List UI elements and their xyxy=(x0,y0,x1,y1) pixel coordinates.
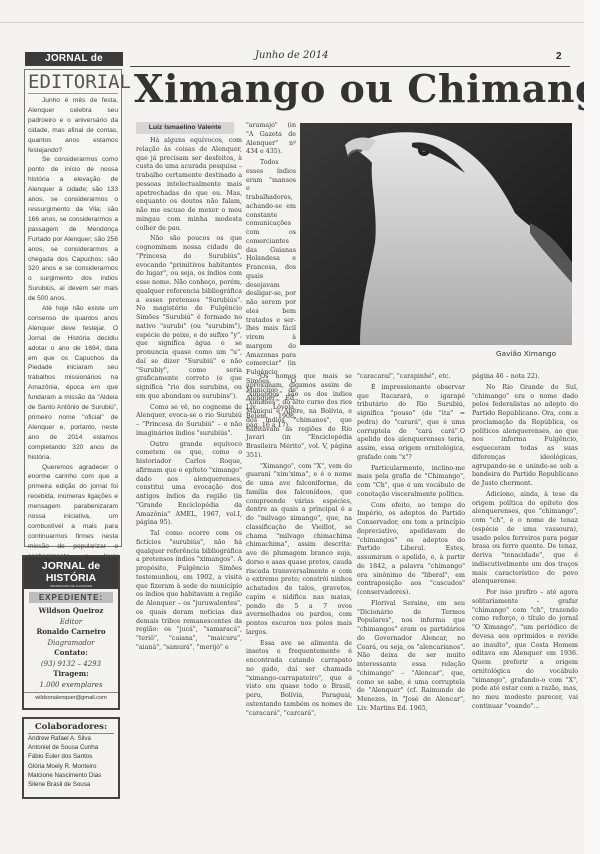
contact-phone: (93) 9132 – 4293 xyxy=(24,659,118,670)
page-margin xyxy=(584,0,600,854)
contact-label: Contato: xyxy=(24,648,118,659)
editor-role: Editor xyxy=(24,617,118,628)
collaborator-name: Malcione Nascimento Dias xyxy=(28,771,114,780)
expediente-masthead-sub: UM RESGATE DE ALENQUER xyxy=(24,584,118,588)
collaborator-name: Fábio Euler dos Santos xyxy=(28,752,114,761)
article-paragraph: Florival Seraine, em seu "Dicionário de … xyxy=(357,600,465,714)
article-column-5: página 46 – nota 22). No Rio Grande do S… xyxy=(472,373,578,714)
article-paragraph: Não são poucos os que cognominam nossa c… xyxy=(136,235,242,401)
article-column-3: Os nomes que mais se aproximam, digamos … xyxy=(246,373,352,720)
contact-email: wildsonalenquer@gmail.com xyxy=(24,692,118,703)
editorial-paragraph: Junho é mês de festa, Alenquer celebra s… xyxy=(28,96,118,155)
author-byline: Luiz Ismaelino Valente xyxy=(136,122,234,134)
article-paragraph: Tal como ocorre com os fictícios "surubi… xyxy=(136,530,242,653)
editorial-paragraph: Se considerarmos como ponto de início de… xyxy=(28,155,118,304)
article-paragraph: Adiciono, ainda, à tese da origem políti… xyxy=(472,491,578,587)
designer-role: Diagramador xyxy=(24,638,118,649)
page-top-rule xyxy=(0,22,600,23)
article-paragraph: página 46 – nota 22). xyxy=(472,373,578,382)
article-paragraph: "aramajó" (in "A Gazeta de Alenquer" nº … xyxy=(246,122,296,157)
article-paragraph: Com efeito, ao tempo do Império, os adep… xyxy=(357,502,465,598)
collaborator-name: Silene Brasil de Sousa xyxy=(28,780,114,789)
collaborators-box: Colaboradores: Andrew Rafael A. Silva An… xyxy=(22,717,120,799)
expediente-box: JORNAL de HISTÓRIA UM RESGATE DE ALENQUE… xyxy=(22,555,120,710)
collaborator-name: Glória Moely R. Monteiro xyxy=(28,762,114,771)
article-column-4: "caracaraí", "carapinhé", etc. É impress… xyxy=(357,373,465,716)
editor-name: Wildson Queiroz xyxy=(24,606,118,617)
collaborator-name: Andrew Rafael A. Silva xyxy=(28,734,114,743)
article-paragraph: Como se vê, no cognome de Alenquer, evoc… xyxy=(136,404,242,439)
article-paragraph: Há alguns equívocos, com relação às cois… xyxy=(136,137,242,233)
issue-date: Junho de 2014 xyxy=(255,50,328,61)
article-paragraph: É impressionante observar que Itacarará,… xyxy=(357,384,465,463)
hawk-image-icon xyxy=(300,123,572,345)
article-headline: Ximango ou Chimango xyxy=(134,66,600,111)
collaborator-name: Antoniel de Sousa Cunha xyxy=(28,743,114,752)
print-run-value: 1.000 exemplares xyxy=(24,680,118,691)
expediente-masthead: JORNAL de HISTÓRIA UM RESGATE DE ALENQUE… xyxy=(24,557,118,589)
editorial-title: EDITORIAL xyxy=(28,71,118,94)
article-paragraph: Outro grande equívoco cometem os que, co… xyxy=(136,441,242,529)
article-paragraph: Particularmente, inclino-me mais pela gr… xyxy=(357,465,465,500)
photo-caption: Gavião Ximango xyxy=(496,349,556,358)
designer-name: Ronaldo Carneiro xyxy=(24,627,118,638)
print-run-label: Tiragem: xyxy=(24,669,118,680)
article-paragraph: No Rio Grande do Sul, "chimango" era o n… xyxy=(472,384,578,489)
collaborators-title: Colaboradores: xyxy=(28,721,114,734)
article-paragraph: "Ximango", com "X", vem do guarani "xim'… xyxy=(246,463,352,638)
page-number: 2 xyxy=(556,51,562,62)
article-paragraph: Essa ave se alimenta de insetos e freque… xyxy=(246,640,352,719)
article-paragraph: Os nomes que mais se aproximam, digamos … xyxy=(246,373,352,461)
article-column-1: Há alguns equívocos, com relação às cois… xyxy=(136,137,242,655)
newspaper-masthead: JORNAL de HISTORIA xyxy=(25,52,123,66)
expediente-masthead-title: JORNAL de HISTÓRIA xyxy=(42,560,100,584)
expediente-title: EXPEDIENTE: xyxy=(29,592,113,603)
editorial-box: EDITORIAL Junho é mês de festa, Alenquer… xyxy=(24,69,122,547)
editorial-paragraph: Até hoje não existe um consenso de quant… xyxy=(28,304,118,463)
article-paragraph: "caracaraí", "carapinhé", etc. xyxy=(357,373,465,382)
bird-photo xyxy=(300,123,572,345)
article-paragraph: Por isso prefiro – até agora solitariame… xyxy=(472,589,578,712)
